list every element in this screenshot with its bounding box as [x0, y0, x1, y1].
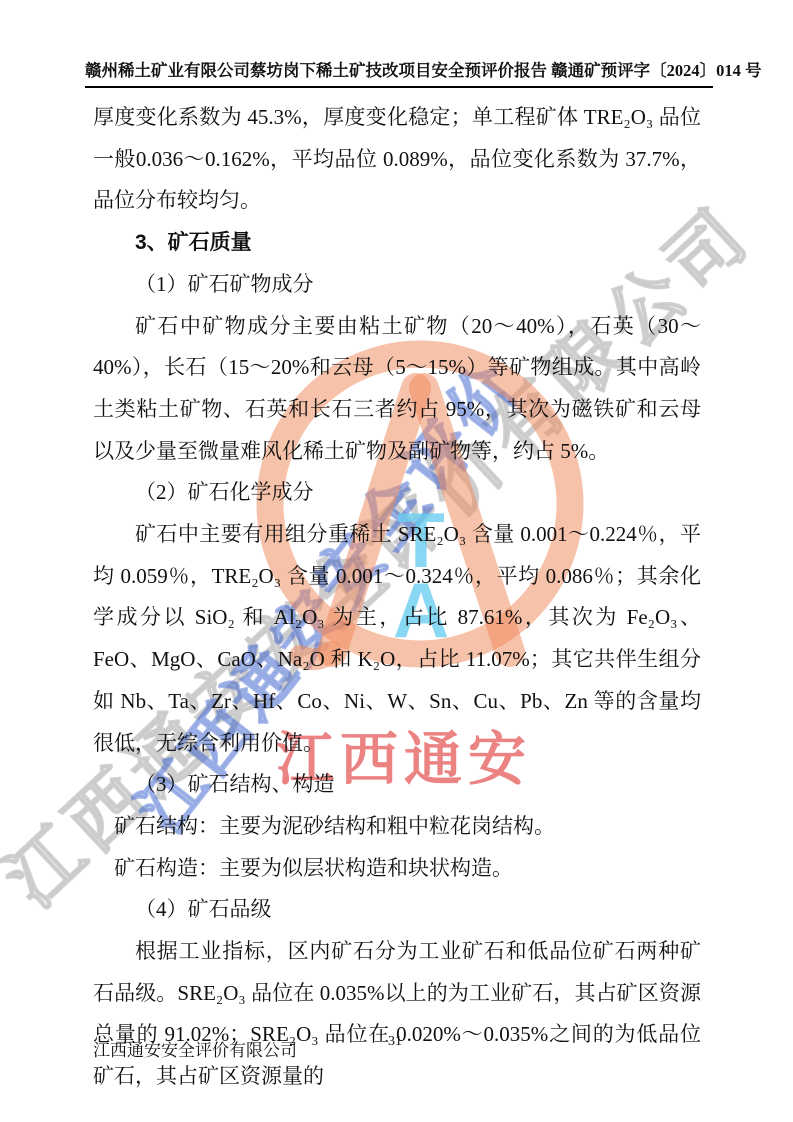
paragraph: （1）矿石矿物成分 [93, 264, 701, 306]
paragraph: 矿石构造：主要为似层状构造和块状构造。 [93, 848, 701, 890]
paragraph: 矿石中矿物成分主要由粘土矿物（20～40%），石英（30～40%），长石（15～… [93, 306, 701, 473]
paragraph: 根据工业指标，区内矿石分为工业矿石和低品位矿石两种矿石品级。SRE₂O₃ 品位在… [93, 931, 701, 1098]
paragraph: 矿石结构：主要为泥砂结构和粗中粒花岗结构。 [93, 806, 701, 848]
section-heading: 3、矿石质量 [93, 222, 701, 264]
paragraph: 厚度变化系数为 45.3%，厚度变化稳定；单工程矿体 TRE₂O₃ 品位一般0.… [93, 97, 701, 222]
paragraph: 矿石中主要有用组分重稀土 SRE₂O₃ 含量 0.001～0.224％，平均 0… [93, 514, 701, 764]
page-header: 赣州稀土矿业有限公司蔡坊岗下稀土矿技改项目安全预评价报告 赣通矿预评字〔2024… [85, 57, 713, 88]
page-number: 31 [388, 1034, 402, 1050]
document-content: 赣州稀土矿业有限公司蔡坊岗下稀土矿技改项目安全预评价报告 赣通矿预评字〔2024… [0, 0, 793, 1122]
paragraph: （2）矿石化学成分 [93, 472, 701, 514]
footer-company-name: 江西通安安全评价有限公司 [93, 1036, 297, 1061]
paragraph: （3）矿石结构、构造 [93, 764, 701, 806]
body-text: 厚度变化系数为 45.3%，厚度变化稳定；单工程矿体 TRE₂O₃ 品位一般0.… [93, 97, 701, 1098]
report-page: 江西通安安全评价有限公司 江西通安安全评价 T A 江西通安 赣州稀土矿业有限公… [0, 0, 793, 1122]
paragraph: （4）矿石品级 [93, 889, 701, 931]
